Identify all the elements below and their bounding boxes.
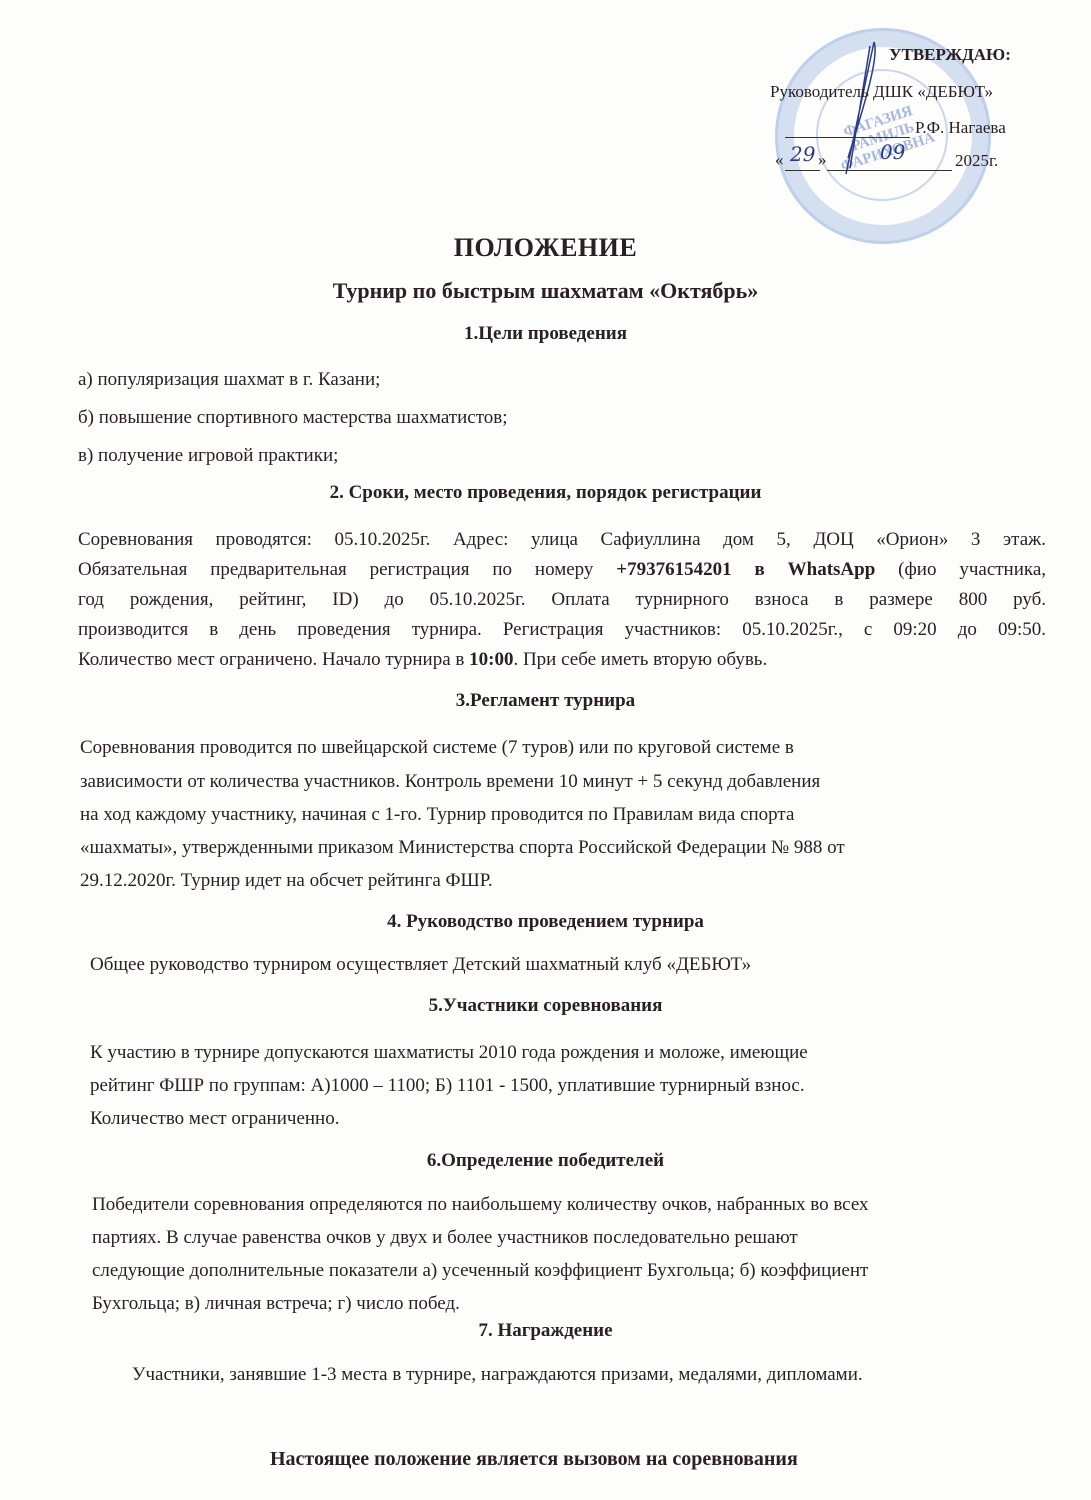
section-3-line: «шахматы», утвержденными приказом Минист… <box>80 833 845 863</box>
footer-note: Настоящее положение является вызовом на … <box>270 1448 798 1471</box>
approval-name: Р.Ф. Нагаева <box>915 118 1006 138</box>
goal-item: в) получение игровой практики; <box>78 441 338 471</box>
section-2-line: Соревнования проводятся: 05.10.2025г. Ад… <box>78 525 1046 555</box>
section-3-line: на ход каждому участнику, начиная с 1-го… <box>80 800 794 830</box>
document-subtitle: Турнир по быстрым шахматам «Октябрь» <box>0 278 1091 304</box>
approval-block: УТВЕРЖДАЮ: <box>889 45 1011 65</box>
date-day: 29 <box>790 142 815 166</box>
section-3-line: Соревнования проводится по швейцарской с… <box>80 733 794 763</box>
section-3-line: 29.12.2020г. Турнир идет на обсчет рейти… <box>80 866 493 896</box>
date-close-quote: » <box>818 150 827 170</box>
section-4-line: Общее руководство турниром осуществляет … <box>90 950 751 980</box>
approval-position: Руководитель ДШК «ДЕБЮТ» <box>770 82 993 102</box>
start-time: 10:00 <box>469 649 513 670</box>
section-2-line: год рождения, рейтинг, ID) до 05.10.2025… <box>78 585 1046 615</box>
phone-whatsapp: +79376154201 в WhatsApp <box>616 559 875 580</box>
signature-line <box>785 137 910 138</box>
goal-item: б) повышение спортивного мастерства шахм… <box>78 403 508 433</box>
section-2-line: Обязательная предварительная регистрация… <box>78 555 1046 585</box>
section-4-heading: 4. Руководство проведением турнира <box>0 911 1091 933</box>
section-6-line: Бухгольца; в) личная встреча; г) число п… <box>92 1289 460 1319</box>
section-6-heading: 6.Определение победителей <box>0 1150 1091 1172</box>
document-title: ПОЛОЖЕНИЕ <box>0 233 1091 263</box>
goal-item: а) популяризация шахмат в г. Казани; <box>78 365 380 395</box>
section-2-line: Количество мест ограничено. Начало турни… <box>78 645 767 675</box>
section-5-line: Количество мест ограниченно. <box>90 1104 339 1134</box>
date-year: 2025г. <box>955 151 998 171</box>
section-6-line: Победители соревнования определяются по … <box>92 1190 869 1220</box>
section-6-line: следующие дополнительные показатели а) у… <box>92 1256 868 1286</box>
section-2-heading: 2. Сроки, место проведения, порядок реги… <box>0 482 1091 504</box>
section-5-line: К участию в турнире допускаются шахматис… <box>90 1038 808 1068</box>
approval-title: УТВЕРЖДАЮ: <box>889 45 1011 64</box>
section-2-line: производится в день проведения турнира. … <box>78 615 1046 645</box>
shoe-note: . При себе иметь вторую обувь. <box>513 649 767 670</box>
section-7-line: Участники, занявшие 1-3 места в турнире,… <box>132 1360 863 1390</box>
start-text: Количество мест ограничено. Начало турни… <box>78 649 469 670</box>
registration-text: Обязательная предварительная регистрация… <box>78 559 616 580</box>
date-open-quote: « <box>775 150 784 170</box>
section-3-heading: 3.Регламент турнира <box>0 690 1091 712</box>
day-line <box>785 170 820 171</box>
document-page: ФАГАЗИЯ РАМИЛЬ ФАРИХОВНА УТВЕРЖДАЮ: Руко… <box>0 0 1091 1500</box>
registration-details: (фио участника, <box>875 559 1046 580</box>
section-5-line: рейтинг ФШР по группам: А)1000 – 1100; Б… <box>90 1071 805 1101</box>
month-line <box>827 170 952 171</box>
section-3-line: зависимости от количества участников. Ко… <box>80 767 820 797</box>
document-header: ПОЛОЖЕНИЕ <box>0 233 1091 263</box>
section-6-line: партиях. В случае равенства очков у двух… <box>92 1223 798 1253</box>
date-month: 09 <box>880 140 905 164</box>
section-7-heading: 7. Награждение <box>0 1320 1091 1342</box>
signature-icon <box>840 38 880 178</box>
section-1-heading: 1.Цели проведения <box>0 323 1091 345</box>
section-5-heading: 5.Участники соревнования <box>0 995 1091 1017</box>
